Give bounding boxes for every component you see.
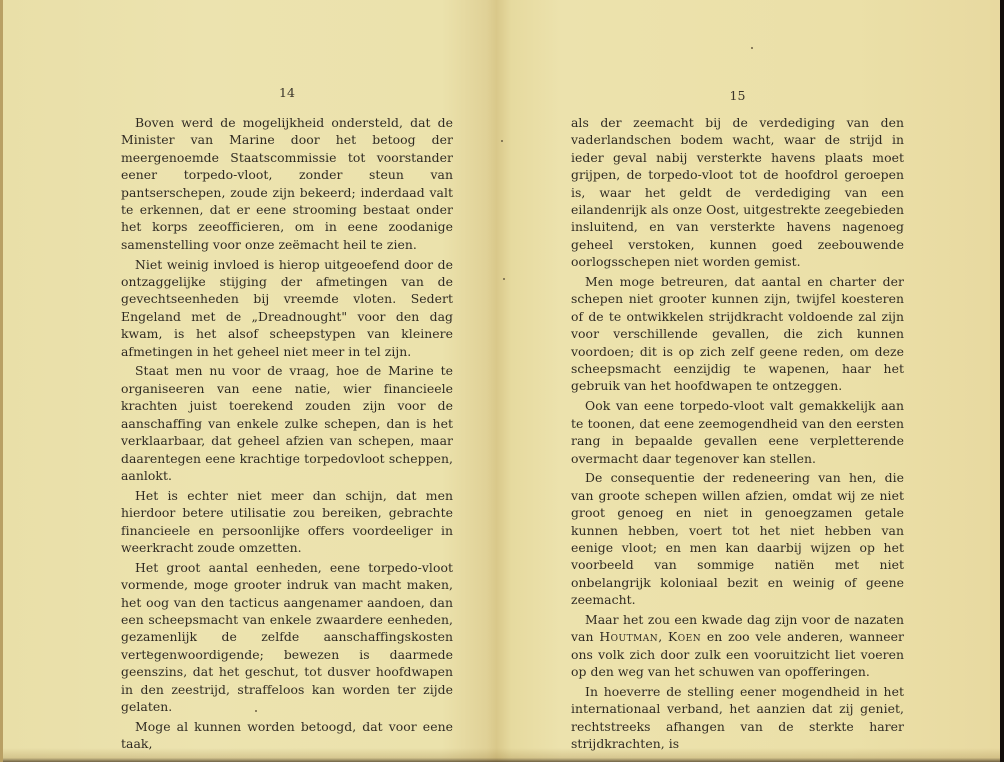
paper-speck	[147, 651, 149, 653]
book-spread: 14 Boven werd de mogelijkheid ondersteld…	[0, 0, 1000, 762]
scan-border	[1000, 0, 1004, 762]
paragraph: Niet weinig invloed is hierop uitgeoefen…	[121, 256, 453, 360]
paper-speck	[255, 710, 257, 712]
right-page: 15 als der zeemacht bij de verdediging v…	[571, 0, 904, 753]
page-number-left: 14	[121, 85, 453, 103]
paragraph: Maar het zou een kwade dag zijn voor de …	[571, 611, 904, 681]
paragraph: Ook van eene torpedo-vloot valt gemakkel…	[571, 397, 904, 467]
paper-speck	[503, 278, 505, 280]
paper-speck	[250, 676, 252, 678]
paragraph: Het is echter niet meer dan schijn, dat …	[121, 487, 453, 557]
paragraph: Men moge betreuren, dat aantal en charte…	[571, 273, 904, 395]
paragraph: In hoeverre de stelling eener mogendheid…	[571, 683, 904, 753]
paper-speck	[751, 47, 753, 49]
page-number-right: 15	[571, 88, 904, 106]
paragraph: De consequentie der redeneering van hen,…	[571, 469, 904, 608]
paragraph-continued: als der zeemacht bij de verdediging van …	[571, 114, 904, 271]
person-name: Koen	[668, 629, 701, 644]
person-name: Houtman	[599, 629, 658, 644]
paragraph: Moge al kunnen worden betoogd, dat voor …	[121, 718, 453, 753]
paragraph-text: ,	[658, 629, 668, 644]
left-page: 14 Boven werd de mogelijkheid ondersteld…	[121, 0, 453, 753]
paper-speck	[501, 140, 503, 142]
paragraph: Staat men nu voor de vraag, hoe de Marin…	[121, 362, 453, 484]
paragraph: Het groot aantal eenheden, eene torpedo-…	[121, 559, 453, 716]
paragraph: Boven werd de mogelijkheid ondersteld, d…	[121, 114, 453, 253]
